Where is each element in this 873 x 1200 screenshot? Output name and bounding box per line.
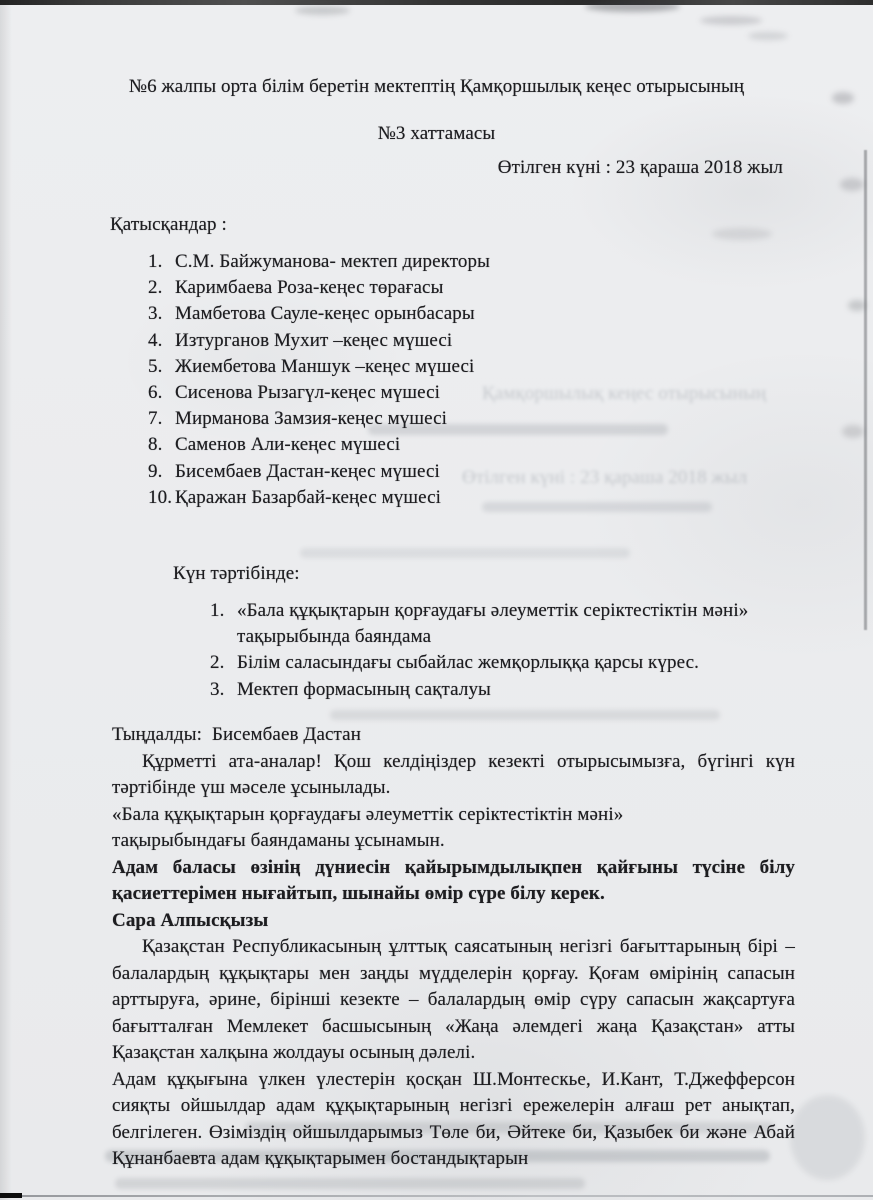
bold-statement: Адам баласы өзінің дүниесін қайырымдылық… (112, 855, 795, 908)
scan-edge-bottom (22, 1195, 873, 1197)
scan-corner-mark (0, 1193, 22, 1198)
participant-item: Мамбетова Сауле-кеңес орынбасары (148, 301, 708, 327)
participant-item: Каримбаева Роза-кеңес төрағасы (148, 275, 708, 301)
agenda-item: «Бала құқықтарын қорғаудағы әлеуметтік с… (210, 598, 796, 650)
bleedthrough-smudge (115, 1178, 585, 1189)
scan-edge-right (864, 150, 867, 630)
agenda-item: Мектеп формасының сақталуы (210, 677, 796, 703)
document-title-line1: №6 жалпы орта білім беретін мектептің Қа… (0, 76, 873, 98)
participants-list: С.М. Байжуманова- мектеп директоры Карим… (148, 249, 708, 511)
heard-label: Тыңдалды: (112, 724, 202, 745)
scan-smudge (840, 178, 864, 191)
policy-paragraph: Қазақстан Республикасының ұлттық саясаты… (112, 934, 795, 1067)
thinkers-paragraph: Адам құқығына үлкен үлестерін қосқан Ш.М… (112, 1067, 795, 1173)
scan-smudge (585, 1, 680, 12)
meeting-date: Өтілген күні : 23 қараша 2018 жыл (498, 157, 783, 179)
agenda-item: Білім саласындағы сыбайлас жемқорлыққа қ… (210, 650, 796, 676)
bleedthrough-smudge (330, 710, 720, 720)
topic-continuation-line: тақырыбындағы баяндаманы ұсынамын. (112, 828, 795, 855)
participant-item: Жиембетова Маншук –кеңес мүшесі (148, 354, 708, 380)
document-body: Тыңдалды:Бисембаев Дастан Құрметті ата-а… (112, 722, 795, 1173)
bleedthrough-smudge (300, 548, 630, 558)
speaker-name: Сара Алпысқызы (112, 908, 795, 935)
welcome-paragraph: Құрметті ата-аналар! Қош келдіңіздер кез… (112, 749, 795, 802)
heard-speaker-name: Бисембаев Дастан (212, 724, 361, 745)
scan-smudge (842, 425, 864, 438)
topic-quote-line: «Бала құқықтарын қорғаудағы әлеуметтік с… (112, 802, 795, 829)
scanned-document-page: Қамқоршылық кеңес отырысының Өтілген күн… (0, 0, 873, 1200)
participant-item: Изтурганов Мухит –кеңес мүшесі (148, 328, 708, 354)
participant-item: Сисенова Рызагүл-кеңес мүшесі (148, 380, 708, 406)
participant-item: Мирманова Замзия-кеңес мүшесі (148, 406, 708, 432)
participants-heading: Қатысқандар : (110, 214, 227, 236)
agenda-heading: Күн тәртібінде: (173, 563, 300, 585)
heard-line: Тыңдалды:Бисембаев Дастан (112, 722, 795, 749)
scan-smudge (712, 228, 772, 240)
participant-item: Бисембаев Дастан-кеңес мүшесі (148, 459, 708, 485)
participant-item: Саменов Али-кеңес мүшесі (148, 432, 708, 458)
participant-item: С.М. Байжуманова- мектеп директоры (148, 249, 708, 275)
participant-item: Қаражан Базарбай-кеңес мүшесі (148, 485, 708, 511)
scan-edge-top (0, 0, 873, 5)
scan-smudge (700, 16, 762, 25)
scan-smudge (748, 32, 788, 40)
document-title-line2: №3 хаттамасы (0, 123, 873, 145)
scan-smudge (295, 6, 350, 15)
scan-smudge (790, 1095, 865, 1180)
agenda-list: «Бала құқықтарын қорғаудағы әлеуметтік с… (210, 598, 796, 703)
